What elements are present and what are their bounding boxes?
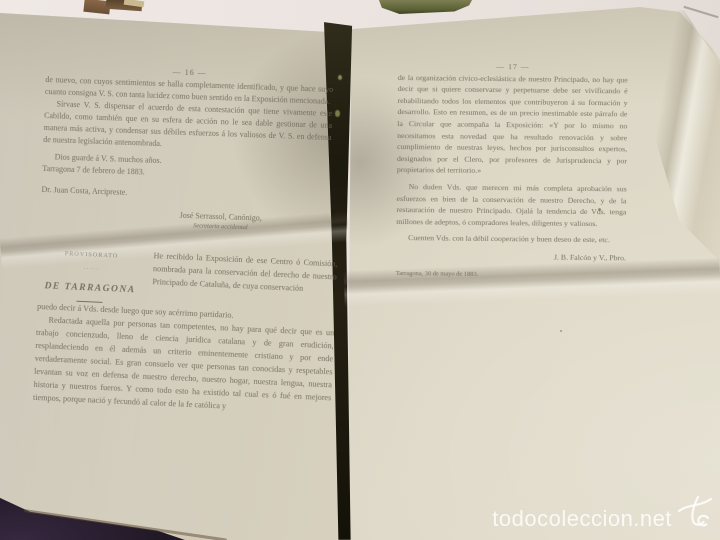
spine-glue-speck	[335, 110, 340, 117]
paragraph: Sírvase V. S. dispensar el acuerdo de es…	[43, 98, 332, 156]
paragraph: de la organización cívico-eclesiástica d…	[397, 72, 628, 179]
watermark-text: todocoleccion.net	[492, 504, 672, 534]
spine-glue-speck	[338, 75, 342, 80]
dust-speck	[598, 208, 601, 211]
tc-logo-icon	[674, 494, 714, 532]
paragraph: No duden Vds. que merecen mi más complet…	[396, 181, 626, 230]
watermark: todocoleccion.net	[492, 494, 714, 534]
photo-of-open-book: — 16 — de nuevo, con cuyos sentimientos …	[0, 0, 720, 540]
dust-speck	[560, 330, 562, 332]
left-page-section-block: PROVISORATO · · · · · DE TARRAGONA He re…	[33, 244, 338, 417]
section-header-line3: DE TARRAGONA	[38, 280, 142, 298]
paragraph: Cuenten Vds. con la débil cooperación y …	[396, 232, 626, 246]
paragraph: Redactada aquella por personas tan compe…	[33, 313, 335, 417]
